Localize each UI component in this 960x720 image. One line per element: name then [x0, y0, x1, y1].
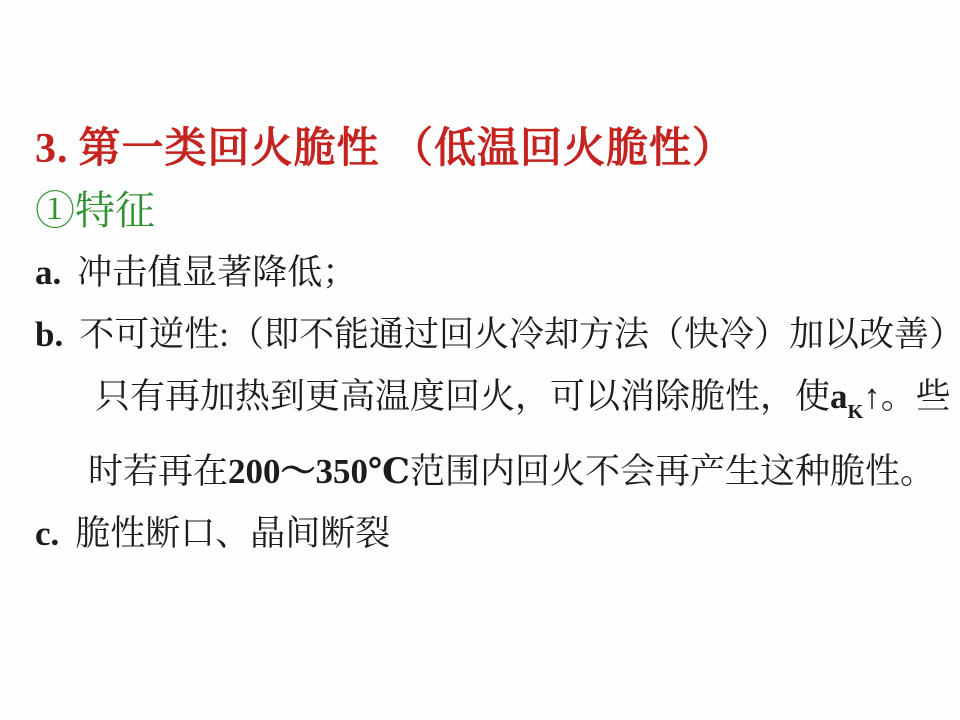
item-b-line1-text: 不可逆性:（即不能通过回火冷却方法（快冷）加以改善） [79, 315, 960, 354]
slide-content: 3.第一类回火脆性 （低温回火脆性） ①特征 a.冲击值显著降低； b.不可逆性… [35, 118, 948, 565]
presentation-slide: 3.第一类回火脆性 （低温回火脆性） ①特征 a.冲击值显著降低； b.不可逆性… [0, 0, 960, 720]
item-a-text: 冲击值显著降低； [77, 253, 357, 292]
list-item-b-line1: b.不可逆性:（即不能通过回火冷却方法（快冷）加以改善） [35, 304, 948, 366]
ak-variable: a [830, 377, 848, 416]
item-c-marker: c. [35, 514, 59, 553]
slide-title: 3.第一类回火脆性 （低温回火脆性） [35, 118, 948, 180]
list-item-c: c.脆性断口、晶间断裂 [35, 503, 948, 565]
item-b-marker: b. [35, 315, 63, 354]
list-item-b-line3: 时若再在200～350℃范围内回火不会再产生这种脆性。 [35, 441, 948, 503]
title-text: 第一类回火脆性 （低温回火脆性） [79, 126, 736, 172]
list-item-a: a.冲击值显著降低； [35, 242, 948, 304]
slide-subtitle: ①特征 [35, 180, 948, 242]
item-b-line3-post: 范围内回火不会再产生这种脆性。 [410, 452, 935, 491]
item-a-marker: a. [35, 253, 61, 292]
item-c-text: 脆性断口、晶间断裂 [75, 514, 390, 553]
ak-subscript: K [848, 401, 864, 423]
title-number: 3. [35, 126, 69, 172]
temperature-range: 200～350℃ [228, 452, 410, 491]
item-b-line2-text: 只有再加热到更高温度回火，可以消除脆性，使 [95, 377, 830, 416]
list-item-b-line2: 只有再加热到更高温度回火，可以消除脆性，使aK↑。些 [35, 366, 948, 441]
up-arrow-glyph: ↑。些 [863, 377, 951, 416]
item-b-line3-pre: 时若再在 [88, 452, 228, 491]
